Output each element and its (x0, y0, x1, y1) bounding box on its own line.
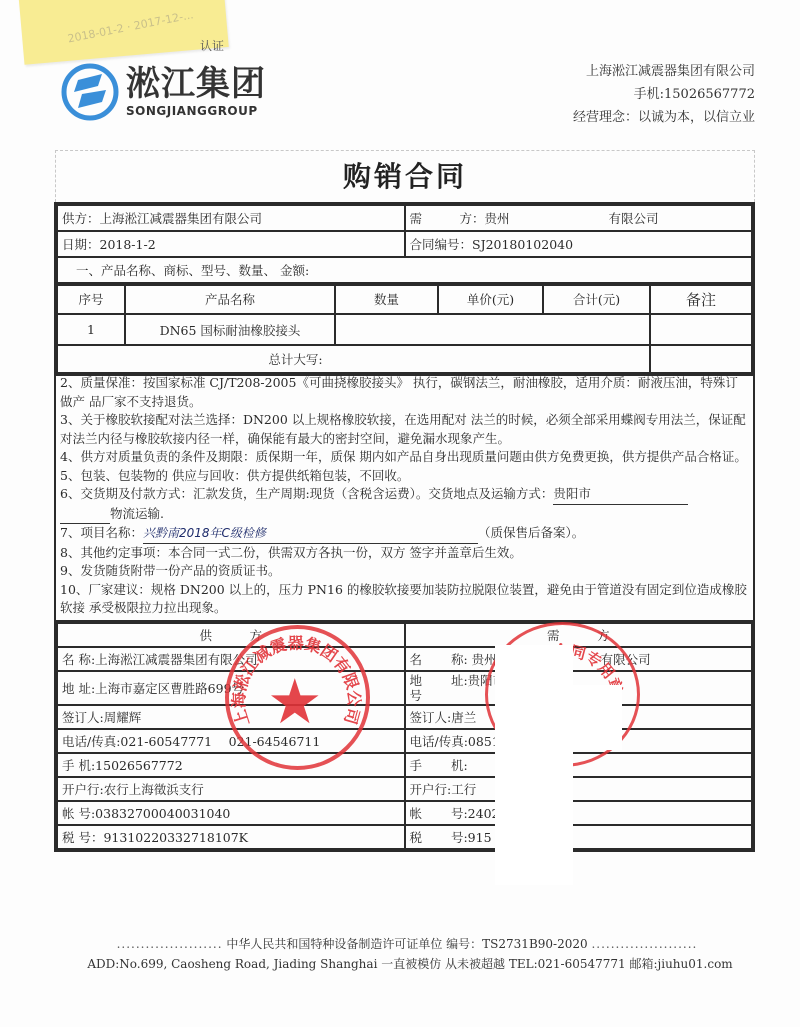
logo-english-name: SONGJIANGGROUP (126, 104, 266, 118)
sticky-note: 2018-01-2 · 2017-12-... (18, 0, 229, 65)
redaction-block (572, 685, 622, 750)
supplier-name: 名 称:上海淞江减震器集团有限公司 (57, 647, 405, 671)
supplier-account: 帐 号:03832700040031040 (57, 801, 405, 825)
supplier-address: 地 址:上海市嘉定区曹胜路699号 (57, 671, 405, 705)
term-6-prefix: 6、交货期及付款方式：汇款发货，生产周期:现货（含税含运费）。交货地点及运输方式… (60, 486, 553, 501)
term-2: 2、质量保准：按国家标准 CJ/T208-2005《可曲挠橡胶接头》 执行，碳钢… (60, 374, 749, 411)
company-logo: 淞江集团 SONGJIANGGROUP (60, 62, 266, 122)
footer-license-text: 中华人民共和国特种设备制造许可证单位 编号：TS2731B90-2020 (226, 937, 587, 951)
sticky-note-scribble: 2018-01-2 · 2017-12-... (67, 8, 195, 45)
col-header-name: 产品名称 (125, 284, 335, 314)
parties-table: 供 方 需 方 名 称:上海淞江减震器集团有限公司 名 称: 贵州 有限公司 地… (54, 620, 755, 852)
row-name: DN65 国标耐油橡胶接头 (125, 314, 335, 345)
term-9: 9、发货随货附带一份产品的资质证书。 (60, 562, 749, 581)
logo-chinese-name: 淞江集团 (126, 66, 266, 102)
col-header-unit-price: 单价(元) (438, 284, 543, 314)
buyer-mobile: 手 机: (405, 753, 753, 777)
col-header-remark: 备注 (650, 284, 752, 314)
total-label: 总计大写: (57, 345, 650, 373)
term-6-suffix: 物流运输. (110, 506, 164, 521)
term-4: 4、供方对质量负责的条件及期限：质保期一年，质保 期内如产品自身出现质量问题由供… (60, 448, 749, 467)
term-10: 10、厂家建议：规格 DN200 以上的，压力 PN16 的橡胶软接要加装防拉脱… (60, 581, 749, 618)
header-motto: 经营理念：以诚为本，以信立业 (573, 106, 755, 129)
delivery-place: 贵阳市 (553, 485, 688, 505)
buyer-bank: 开户行:工行 (405, 777, 753, 801)
header-company: 上海淞江减震器集团有限公司 (573, 60, 755, 83)
buyer-field: 需 方：贵州 有限公司 (405, 205, 753, 231)
supplier-bank: 开户行:农行上海徵浜支行 (57, 777, 405, 801)
page-title: 购销合同 (56, 151, 754, 203)
buyer-account: 帐 号:2402 (405, 801, 753, 825)
total-row: 总计大写: (57, 345, 752, 373)
title-box: 购销合同 (55, 150, 755, 202)
buyer-suffix: 有限公司 (609, 211, 659, 226)
term-7-suffix: （质保售后备案）。 (478, 525, 584, 540)
contract-terms: 2、质量保准：按国家标准 CJ/T208-2005《可曲挠橡胶接头》 执行，碳钢… (54, 372, 755, 620)
term-8: 8、其他约定事项：本合同一式二份，供需双方各执一份，双方 签字并盖章后生效。 (60, 544, 749, 563)
certification-text: 认证 (200, 37, 224, 54)
contract-number-field: 合同编号：SJ20180102040 (405, 231, 753, 257)
row-no: 1 (57, 314, 125, 345)
header-phone: 手机:15026567772 (573, 83, 755, 106)
col-header-no: 序号 (57, 284, 125, 314)
table-row: 1 DN65 国标耐油橡胶接头 (57, 314, 752, 345)
header-contact: 上海淞江减震器集团有限公司 手机:15026567772 经营理念：以诚为本，以… (573, 60, 755, 129)
row-amounts (335, 314, 650, 345)
products-header-row: 序号 产品名称 数量 单价(元) 合计(元) 备注 (57, 284, 752, 314)
supplier-field: 供方：上海淞江减震器集团有限公司 (57, 205, 405, 231)
col-header-qty: 数量 (335, 284, 438, 314)
supplier-tel-fax: 电话/传真:021-60547771 021-64546711 (57, 729, 405, 753)
col-header-subtotal: 合计(元) (543, 284, 650, 314)
buyer-name-prefix: 名 称: 贵州 (410, 652, 497, 667)
products-table: 序号 产品名称 数量 单价(元) 合计(元) 备注 1 DN65 国标耐油橡胶接… (54, 283, 755, 376)
footer-license: ...................... 中华人民共和国特种设备制造许可证单… (52, 935, 762, 952)
buyer-tax-id: 税 号:915 (405, 825, 753, 849)
term-6: 6、交货期及付款方式：汇款发货，生产周期:现货（含税含运费）。交货地点及运输方式… (60, 485, 749, 524)
songjiang-logo-icon (60, 62, 120, 122)
section1-heading: 一、产品名称、商标、型号、数量、 金额: (57, 257, 752, 283)
term-7-prefix: 7、项目名称： (60, 525, 143, 540)
supplier-signer: 签订人:周耀辉 (57, 705, 405, 729)
buyer-name: 名 称: 贵州 有限公司 (405, 647, 753, 671)
supplier-mobile: 手 机:15026567772 (57, 753, 405, 777)
contract-info: 供方：上海淞江减震器集团有限公司 需 方：贵州 有限公司 日期：2018-1-2… (54, 202, 755, 286)
term-7: 7、项目名称：兴黔南2018年C级检修（质保售后备案）。 (60, 524, 749, 544)
buyer-name-suffix: 有限公司 (601, 652, 651, 667)
date-field: 日期：2018-1-2 (57, 231, 405, 257)
supplier-header: 供 方 (57, 623, 405, 647)
total-remark (650, 345, 752, 373)
supplier-tax-id: 税 号：91310220332718107K (57, 825, 405, 849)
footer-address: ADD:No.699, Caosheng Road, Jiading Shang… (60, 955, 760, 972)
buyer-header: 需 方 (405, 623, 753, 647)
term-5: 5、包装、包装物的 供应与回收：供方提供纸箱包装，不回收。 (60, 467, 749, 486)
row-remark (650, 314, 752, 345)
term-3: 3、关于橡胶软接配对法兰选择：DN200 以上规格橡胶软接，在选用配对 法兰的时… (60, 411, 749, 448)
redaction-block (495, 645, 573, 885)
buyer-label: 需 方：贵州 (410, 211, 510, 226)
project-name-handwritten: 兴黔南2018年C级检修 (143, 524, 478, 544)
